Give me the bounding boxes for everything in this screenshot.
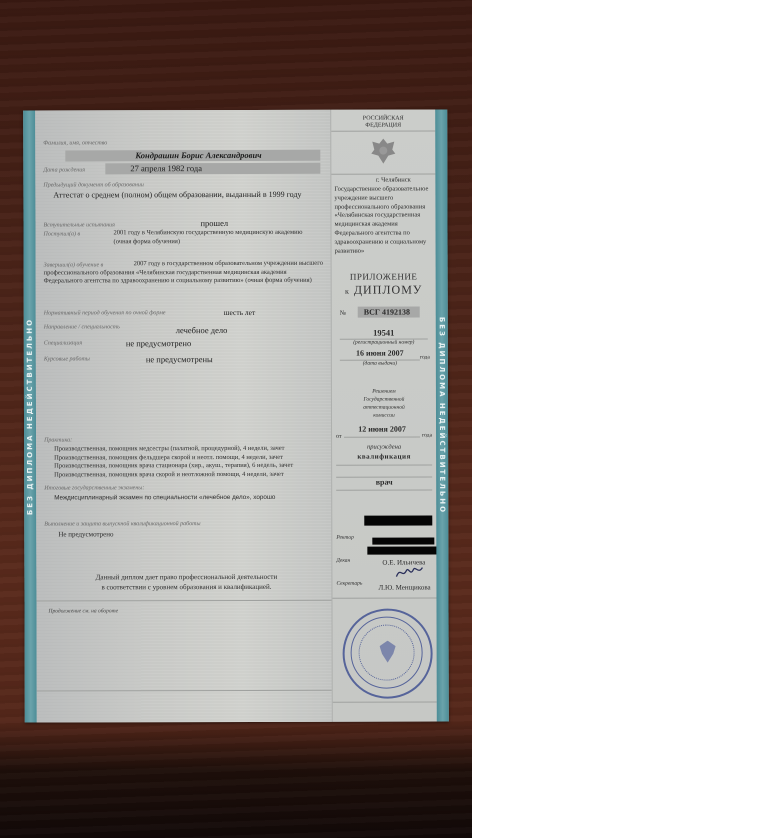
continuation-note: Продолжение см. на обороте [49, 608, 119, 614]
specialty-label: Направление / специальность [44, 324, 120, 330]
exams-value: Междисциплинарный экзамен по специальнос… [54, 494, 275, 503]
decision-prefix: от [336, 433, 342, 442]
reg-number-label: (регистрационный номер) [332, 338, 436, 347]
redacted-rector-signature [367, 546, 437, 554]
seal-bottom-divider [333, 701, 437, 702]
coursework-value: не предусмотрены [146, 354, 213, 364]
specialization-label: Специализация [44, 340, 82, 346]
number-prefix: № [340, 310, 346, 319]
number-value: ВСГ 4192138 [364, 309, 410, 318]
awarded-label: присуждена [332, 443, 436, 452]
header-divider [331, 130, 435, 131]
entrance-label: Вступительные испытания [43, 222, 114, 228]
decision-date: 12 июня 2007 [342, 426, 422, 435]
left-pane: Фамилия, имя, отчество Кондрашин Борис А… [35, 110, 332, 723]
rights-text-line2: в соответствии с уровнем образования и к… [56, 582, 316, 593]
thesis-label: Выполнение и защита выпускной квалификац… [44, 521, 200, 527]
divider-line-bottom [37, 690, 332, 692]
official-seal-icon [343, 608, 433, 698]
prev-doc-label: Предыдущий документ об образовании [43, 182, 143, 188]
period-value: шесть лет [224, 308, 256, 317]
specialization-value: не предусмотрено [126, 338, 191, 348]
qual-line-1 [336, 464, 432, 465]
entrance-value: прошел [200, 218, 228, 228]
title-line2: к ДИПЛОМУ [332, 285, 436, 296]
dean-label: Декан [336, 557, 350, 566]
exams-label: Итоговые государственные экзамены: [44, 485, 144, 491]
redacted-rector-name [372, 537, 434, 544]
decision-text: Решением Государственной аттестационной … [354, 388, 414, 420]
country-line2: ФЕДЕРАЦИЯ [331, 122, 435, 129]
name-value: Кондрашин Борис Александрович [135, 150, 261, 160]
enrolled-label: Поступил(а) в [44, 231, 81, 237]
secretary-name: Л.Ю. Менщикова [378, 583, 430, 592]
decision-suffix: года [422, 431, 432, 440]
side-strip-text: БЕЗ ДИПЛОМА НЕДЕЙСТВИТЕЛЬНО [26, 318, 35, 515]
qualification: врач [332, 478, 436, 487]
prev-doc-value: Аттестат о среднем (полном) общем образо… [53, 190, 301, 200]
seal-divider [332, 597, 436, 598]
issue-date-label: (дата выдачи) [332, 359, 428, 368]
rights-text-line1: Данный диплом дает право профессионально… [56, 572, 316, 583]
awarded-value: квалификация [332, 452, 436, 461]
qual-line-3 [336, 489, 432, 490]
practice-item: Производственная, помощник врача скорой … [54, 470, 334, 479]
practice-list: Производственная, помощник медсестры (па… [54, 445, 334, 480]
practice-item: Производственная, помощник врача стацион… [54, 462, 334, 471]
rights-text: Данный диплом дает право профессионально… [56, 572, 316, 593]
completed-value: 2007 году в государственном образователь… [44, 260, 324, 286]
side-strip-text: БЕЗ ДИПЛОМА НЕДЕЙСТВИТЕЛЬНО [438, 317, 447, 514]
coursework-label: Курсовые работы [44, 356, 90, 362]
title-main: ДИПЛОМУ [354, 283, 423, 297]
dob-value: 27 апреля 1982 года [130, 163, 202, 173]
diploma-supplement-sheet: БЕЗ ДИПЛОМА НЕДЕЙСТВИТЕЛЬНО Фамилия, имя… [23, 109, 449, 722]
dob-label: Дата рождения [43, 167, 85, 173]
city: г. Челябинск [351, 176, 435, 185]
rector-label: Ректор [336, 534, 354, 543]
side-strip-right: БЕЗ ДИПЛОМА НЕДЕЙСТВИТЕЛЬНО [435, 109, 449, 721]
enrolled-value: 2001 году в Челябинскую государственную … [114, 229, 319, 247]
thesis-value: Не предусмотрено [58, 530, 113, 539]
divider-line [36, 600, 331, 602]
title-prefix: к [345, 287, 350, 296]
reg-number: 19541 [332, 328, 436, 337]
period-label: Нормативный период обучения по очной фор… [44, 310, 166, 316]
country-header: РОССИЙСКАЯ ФЕДЕРАЦИЯ [331, 115, 435, 129]
specialty-value: лечебное дело [176, 325, 228, 335]
issue-date: 16 июня 2007 [332, 349, 428, 358]
institution-name: Государственное образовательное учрежден… [334, 185, 434, 256]
redacted-block [364, 515, 432, 525]
coat-of-arms-icon [369, 136, 397, 166]
secretary-label: Секретарь [336, 580, 362, 589]
practice-label: Практика: [44, 437, 72, 443]
name-label: Фамилия, имя, отчество [43, 140, 107, 146]
decision-line [344, 437, 420, 438]
arms-divider [331, 173, 435, 174]
title-line1: ПРИЛОЖЕНИЕ [332, 272, 436, 281]
right-pane: РОССИЙСКАЯ ФЕДЕРАЦИЯ г. Челябинск Госуда… [330, 109, 437, 721]
signature-icon [394, 565, 424, 581]
